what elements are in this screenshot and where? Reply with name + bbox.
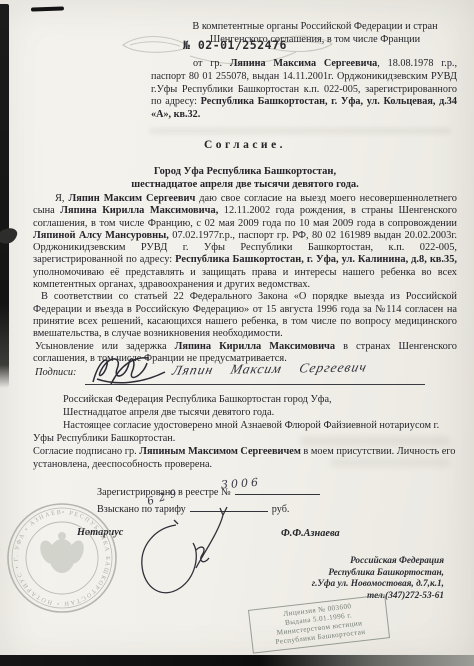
handwritten-signatory-name: Ляпин Максим Сергеевич (171, 359, 369, 378)
scan-corner-mark (31, 6, 64, 11)
notary-round-seal: • РЕСПУБЛИКА БАШКОРТОСТАН • НОТАРИУС • Г… (4, 500, 120, 616)
scan-left-edge (0, 4, 9, 388)
scanned-consent-document: В компетентные органы Российской Федерац… (0, 0, 474, 666)
notary-signature-icon (130, 503, 240, 611)
attestation-line: Шестнадцатое апреля две тысячи девятого … (33, 407, 457, 420)
attestation-line: Российская Федерация Республика Башкорто… (33, 394, 457, 407)
signature-row: Подписи: Ляпин Максим Сергеевич (35, 361, 427, 387)
address-line: Республика Башкортостан, (312, 568, 444, 580)
notary-attestation: Российская Федерация Республика Башкорто… (33, 394, 457, 471)
recipient-line1: В компетентные органы Российской Федерац… (168, 21, 462, 34)
tariff-suffix: руб. (272, 504, 290, 515)
signature-label: Подписи: (35, 367, 76, 378)
law-paragraph: В соответствии со статьей 22 Федеральног… (33, 291, 457, 340)
place-line: Город Уфа Республика Башкортостан, (33, 166, 457, 177)
document-number-stamp: № 02-01/252476 (183, 38, 287, 52)
address-line: г.Уфа ул. Новомостовая, д.7,к.1, (312, 579, 444, 591)
signature-line: Ляпин Максим Сергеевич (85, 361, 425, 385)
date-line: шестнадцатое апреля две тысячи девятого … (33, 179, 457, 190)
license-stamp: Лицензия № 003600 Выдана 5.01.1996 г. Ми… (248, 594, 390, 653)
document-title: Согласие. (33, 139, 457, 151)
applicant-details: от гр. Ляпина Максима Сергеевича, 18.08.… (151, 58, 457, 122)
address-line: Российская Федерация (312, 556, 444, 568)
signature-scribble-icon (87, 352, 173, 388)
attestation-line: Настоящее согласие удостоверено мной Азн… (33, 420, 457, 446)
attestation-line: Согласие подписано гр. Ляпиным Максимом … (33, 446, 457, 472)
scan-ghost-streak (150, 128, 450, 134)
scan-bottom-edge (0, 655, 474, 666)
handwritten-registry-number: 3006 (221, 476, 262, 492)
consent-paragraph: Я, Ляпин Максим Сергеевич даю свое согла… (33, 193, 457, 291)
consent-body: Я, Ляпин Максим Сергеевич даю свое согла… (33, 193, 457, 365)
scan-ink-blot (0, 225, 20, 247)
notary-name: Ф.Ф.Азнаева (281, 528, 340, 539)
seal-emblem-icon (37, 532, 86, 573)
registry-line: Зарегистрировано в реестре № (97, 483, 324, 500)
